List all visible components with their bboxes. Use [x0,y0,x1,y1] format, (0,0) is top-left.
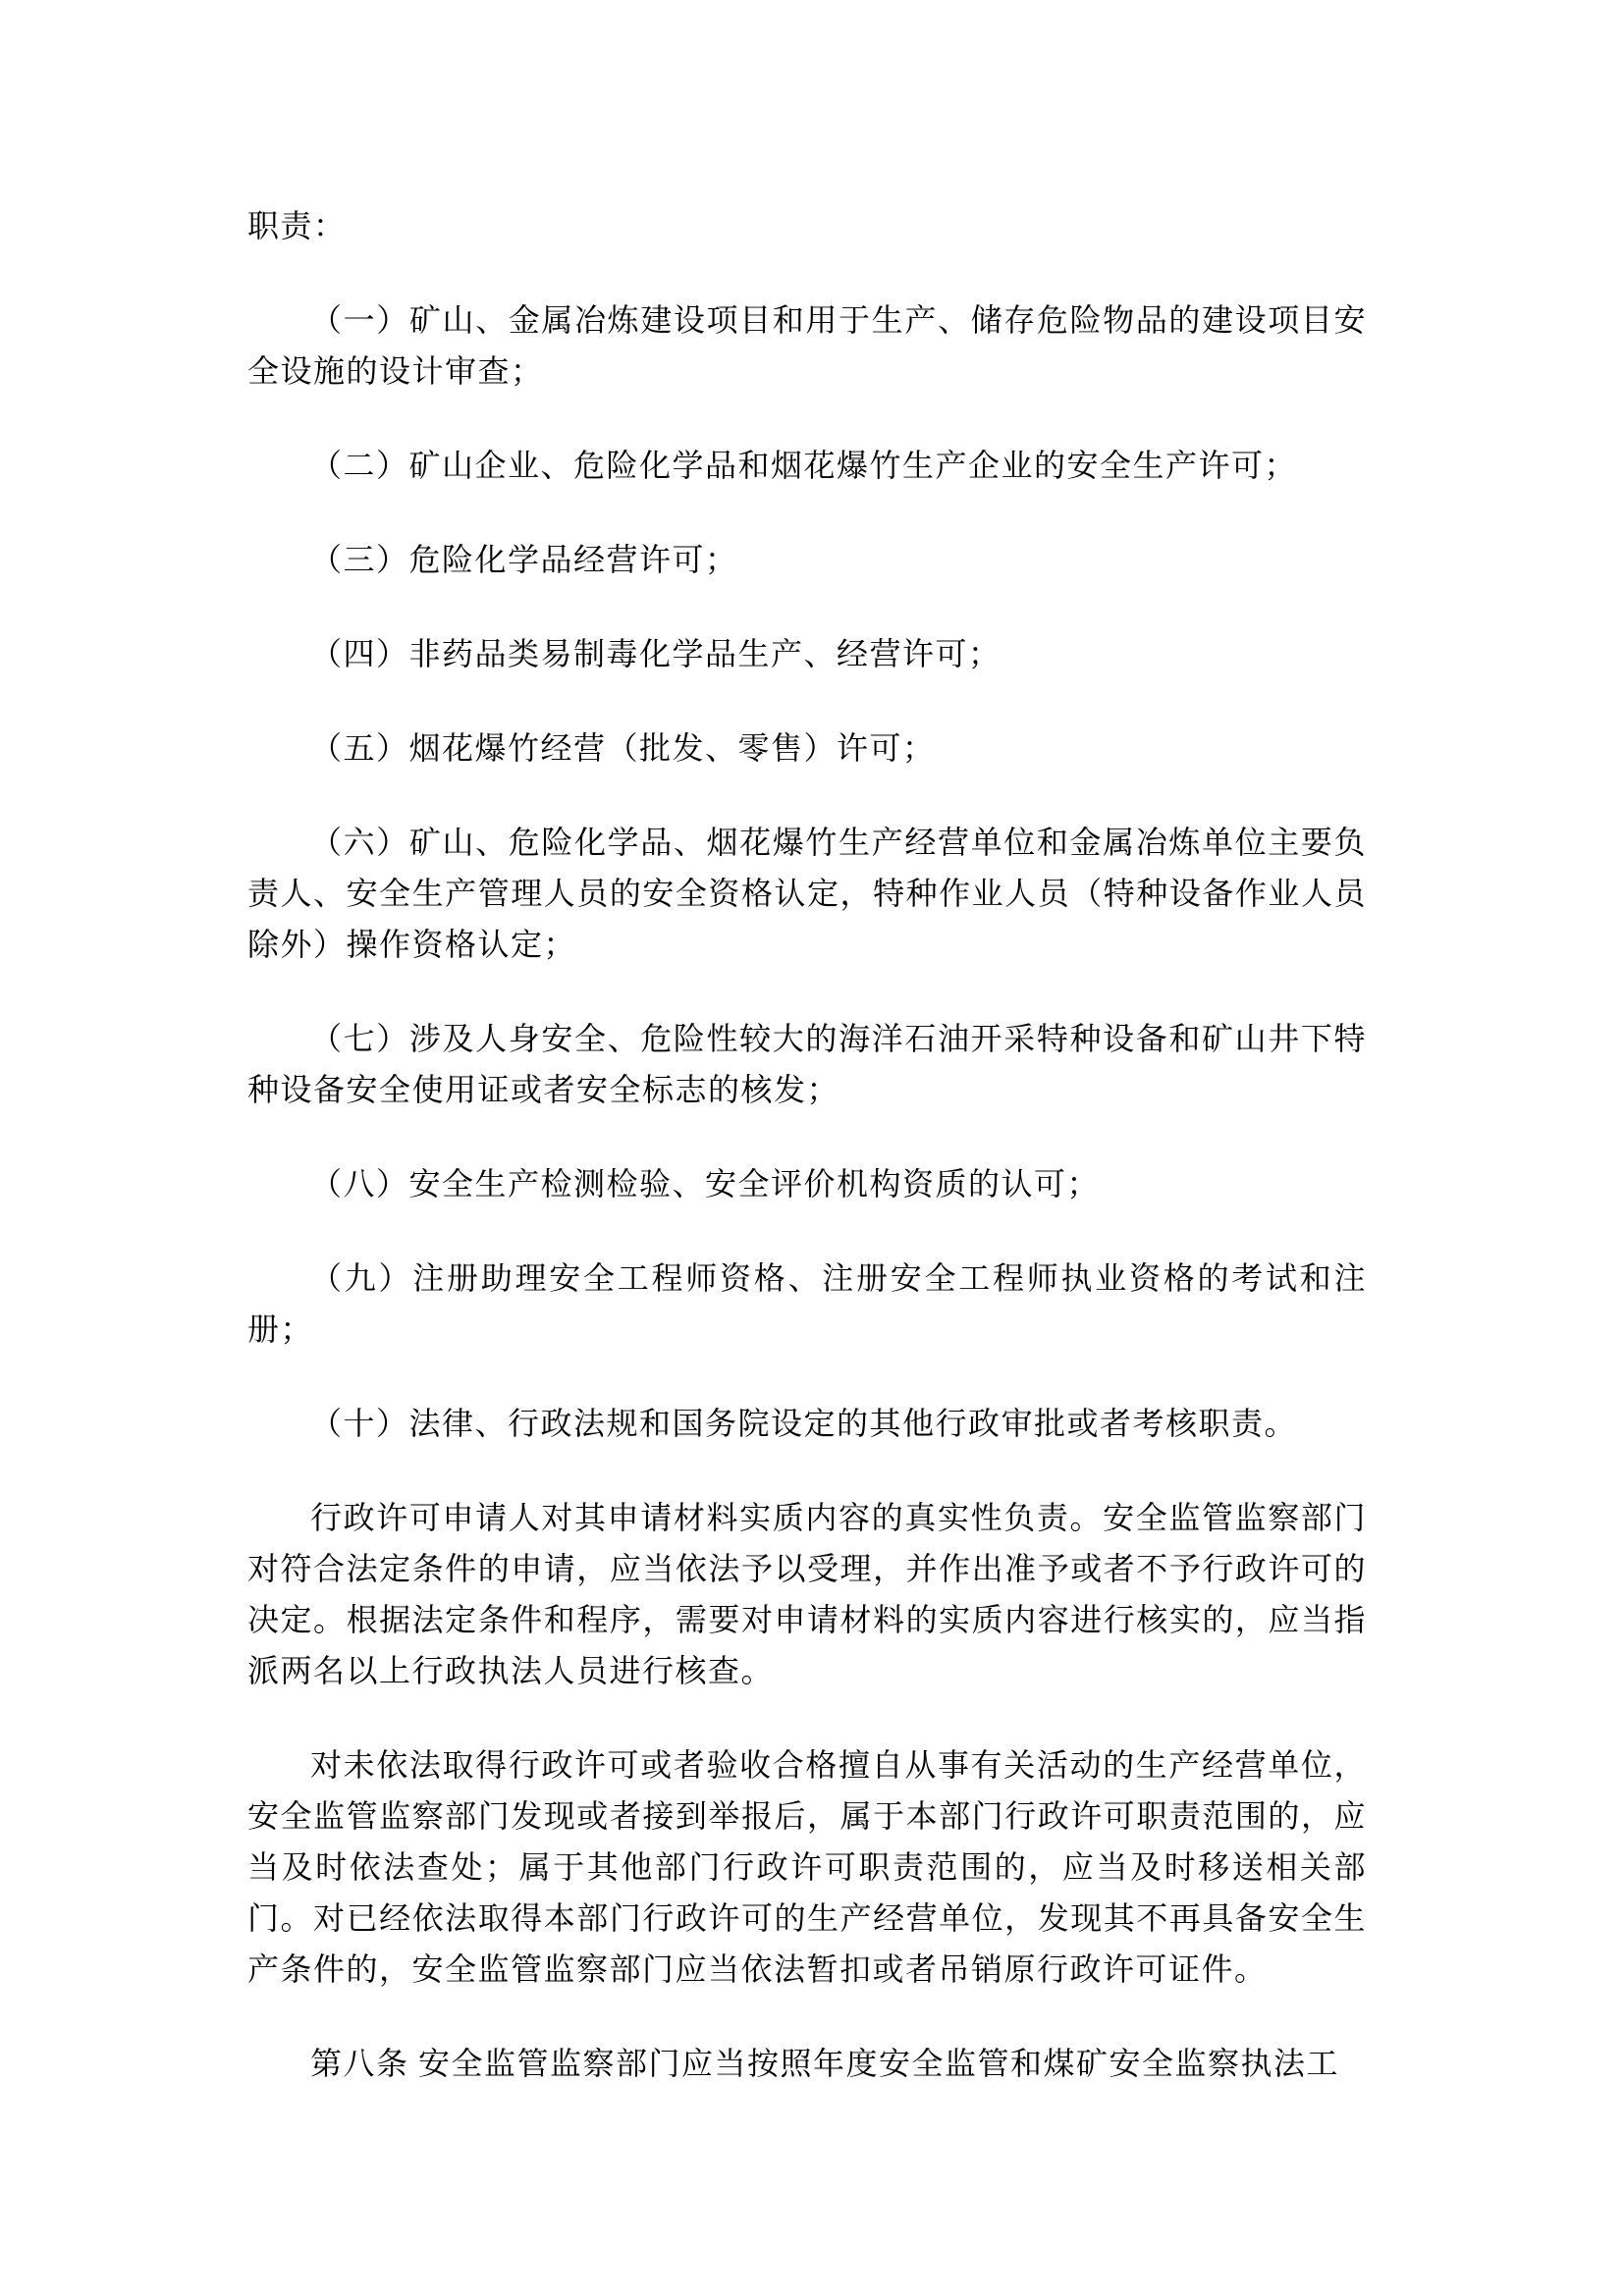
document-body: 职责： （一）矿山、金属冶炼建设项目和用于生产、储存危险物品的建设项目安全设施的… [247,200,1367,2089]
list-item-8: （八）安全生产检测检验、安全评价机构资质的认可； [247,1158,1367,1209]
list-item-1: （一）矿山、金属冶炼建设项目和用于生产、储存危险物品的建设项目安全设施的设计审查… [247,294,1367,397]
para-applicant-responsibility: 行政许可申请人对其申请材料实质内容的真实性负责。安全监管监察部门对符合法定条件的… [247,1492,1367,1696]
list-item-9: （九）注册助理安全工程师资格、注册安全工程师执业资格的考试和注册； [247,1253,1367,1355]
document-page: 职责： （一）矿山、金属冶炼建设项目和用于生产、储存危险物品的建设项目安全设施的… [0,0,1624,2296]
list-item-3: （三）危险化学品经营许可； [247,534,1367,585]
list-item-4: （四）非药品类易制毒化学品生产、经营许可； [247,628,1367,679]
para-duties-label: 职责： [247,200,1367,251]
list-item-10: （十）法律、行政法规和国务院设定的其他行政审批或者考核职责。 [247,1398,1367,1449]
list-item-2: （二）矿山企业、危险化学品和烟花爆竹生产企业的安全生产许可； [247,440,1367,491]
para-violation-handling: 对未依法取得行政许可或者验收合格擅自从事有关活动的生产经营单位，安全监管监察部门… [247,1739,1367,1995]
list-item-5: （五）烟花爆竹经营（批发、零售）许可； [247,722,1367,774]
para-article-8: 第八条 安全监管监察部门应当按照年度安全监管和煤矿安全监察执法工 [247,2038,1367,2089]
list-item-6: （六）矿山、危险化学品、烟花爆竹生产经营单位和金属冶炼单位主要负责人、安全生产管… [247,817,1367,970]
list-item-7: （七）涉及人身安全、危险性较大的海洋石油开采特种设备和矿山井下特种设备安全使用证… [247,1013,1367,1115]
